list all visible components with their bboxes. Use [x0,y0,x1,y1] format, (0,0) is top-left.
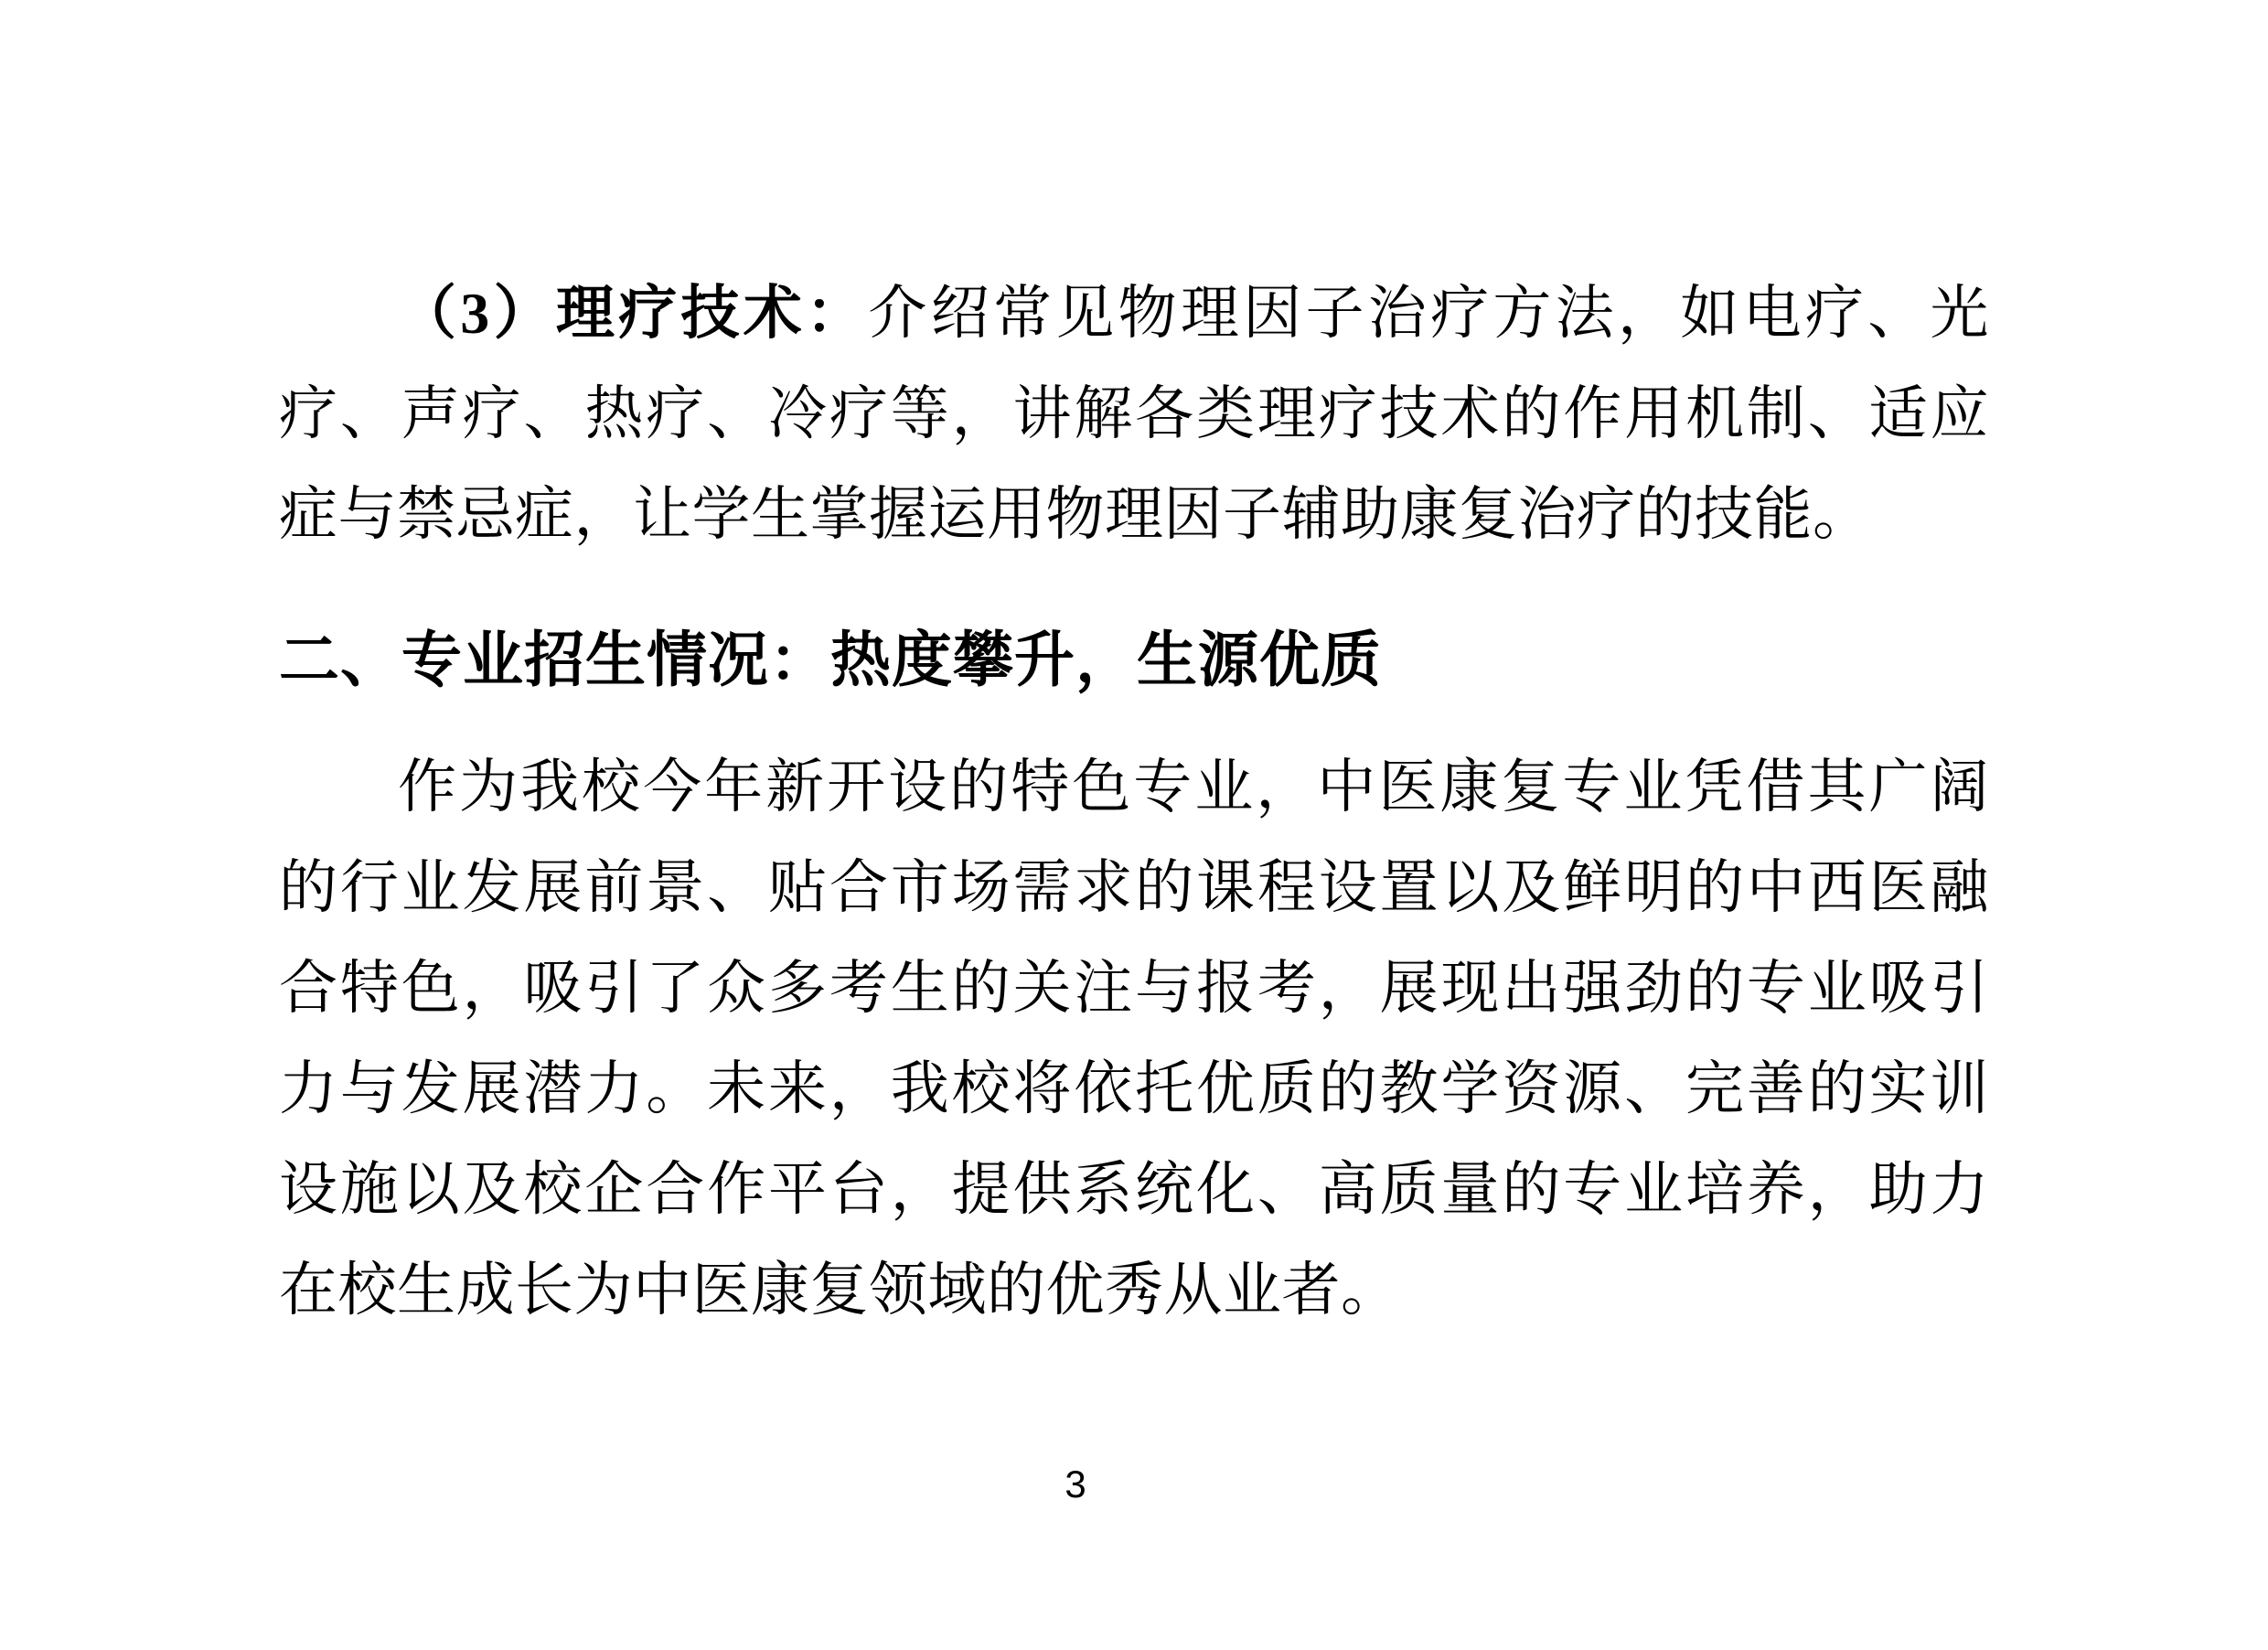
paragraph-line-text: 介绍常见物理因子治疗方法，如电疗、光 [868,281,1989,346]
paragraph-line: （3）理疗技术：介绍常见物理因子治疗方法，如电疗、光 [279,263,1989,364]
paragraph-lead-bold-label: （3）理疗技术： [398,281,868,346]
page-number: 3 [0,1462,2209,1507]
paragraph-enrollment: 作为我校今年新开设的特色专业，中医康复专业凭借其广阔 的行业发展前景、贴合市场需… [279,737,1989,1341]
document-page: （3）理疗技术：介绍常见物理因子治疗方法，如电疗、光 疗、声疗、热疗、冷疗等，讲… [0,0,2268,1650]
paragraph-line: 作为我校今年新开设的特色专业，中医康复专业凭借其广阔 [279,737,1989,838]
paragraph-line: 设施以及校企合作平台，提供系统化、高质量的专业培养，助力 [279,1140,1989,1240]
paragraph-line: 症与禁忌症，让学生掌握运用物理因子辅助康复治疗的技能。 [279,465,1989,565]
paragraph-line: 的行业发展前景、贴合市场需求的课程设置以及鲜明的中西医融 [279,838,1989,938]
paragraph-line: 在校生成长为中医康复领域的优秀从业者。 [279,1240,1989,1341]
paragraph-line: 疗、声疗、热疗、冷疗等，讲解各类理疗技术的作用机制、适应 [279,364,1989,465]
paragraph-line: 合特色，吸引了众多考生的关注与报考，展现出强劲的专业吸引 [279,938,1989,1039]
paragraph-line: 力与发展潜力。未来，我校将依托优质的教学资源、完善的实训 [279,1039,1989,1140]
document-body: （3）理疗技术：介绍常见物理因子治疗方法，如电疗、光 疗、声疗、热疗、冷疗等，讲… [279,263,1989,1341]
paragraph-physio-technique: （3）理疗技术：介绍常见物理因子治疗方法，如电疗、光 疗、声疗、热疗、冷疗等，讲… [279,263,1989,565]
section-heading-enrollment: 二、专业招生情况：热度攀升，生源优质 [279,611,1989,712]
